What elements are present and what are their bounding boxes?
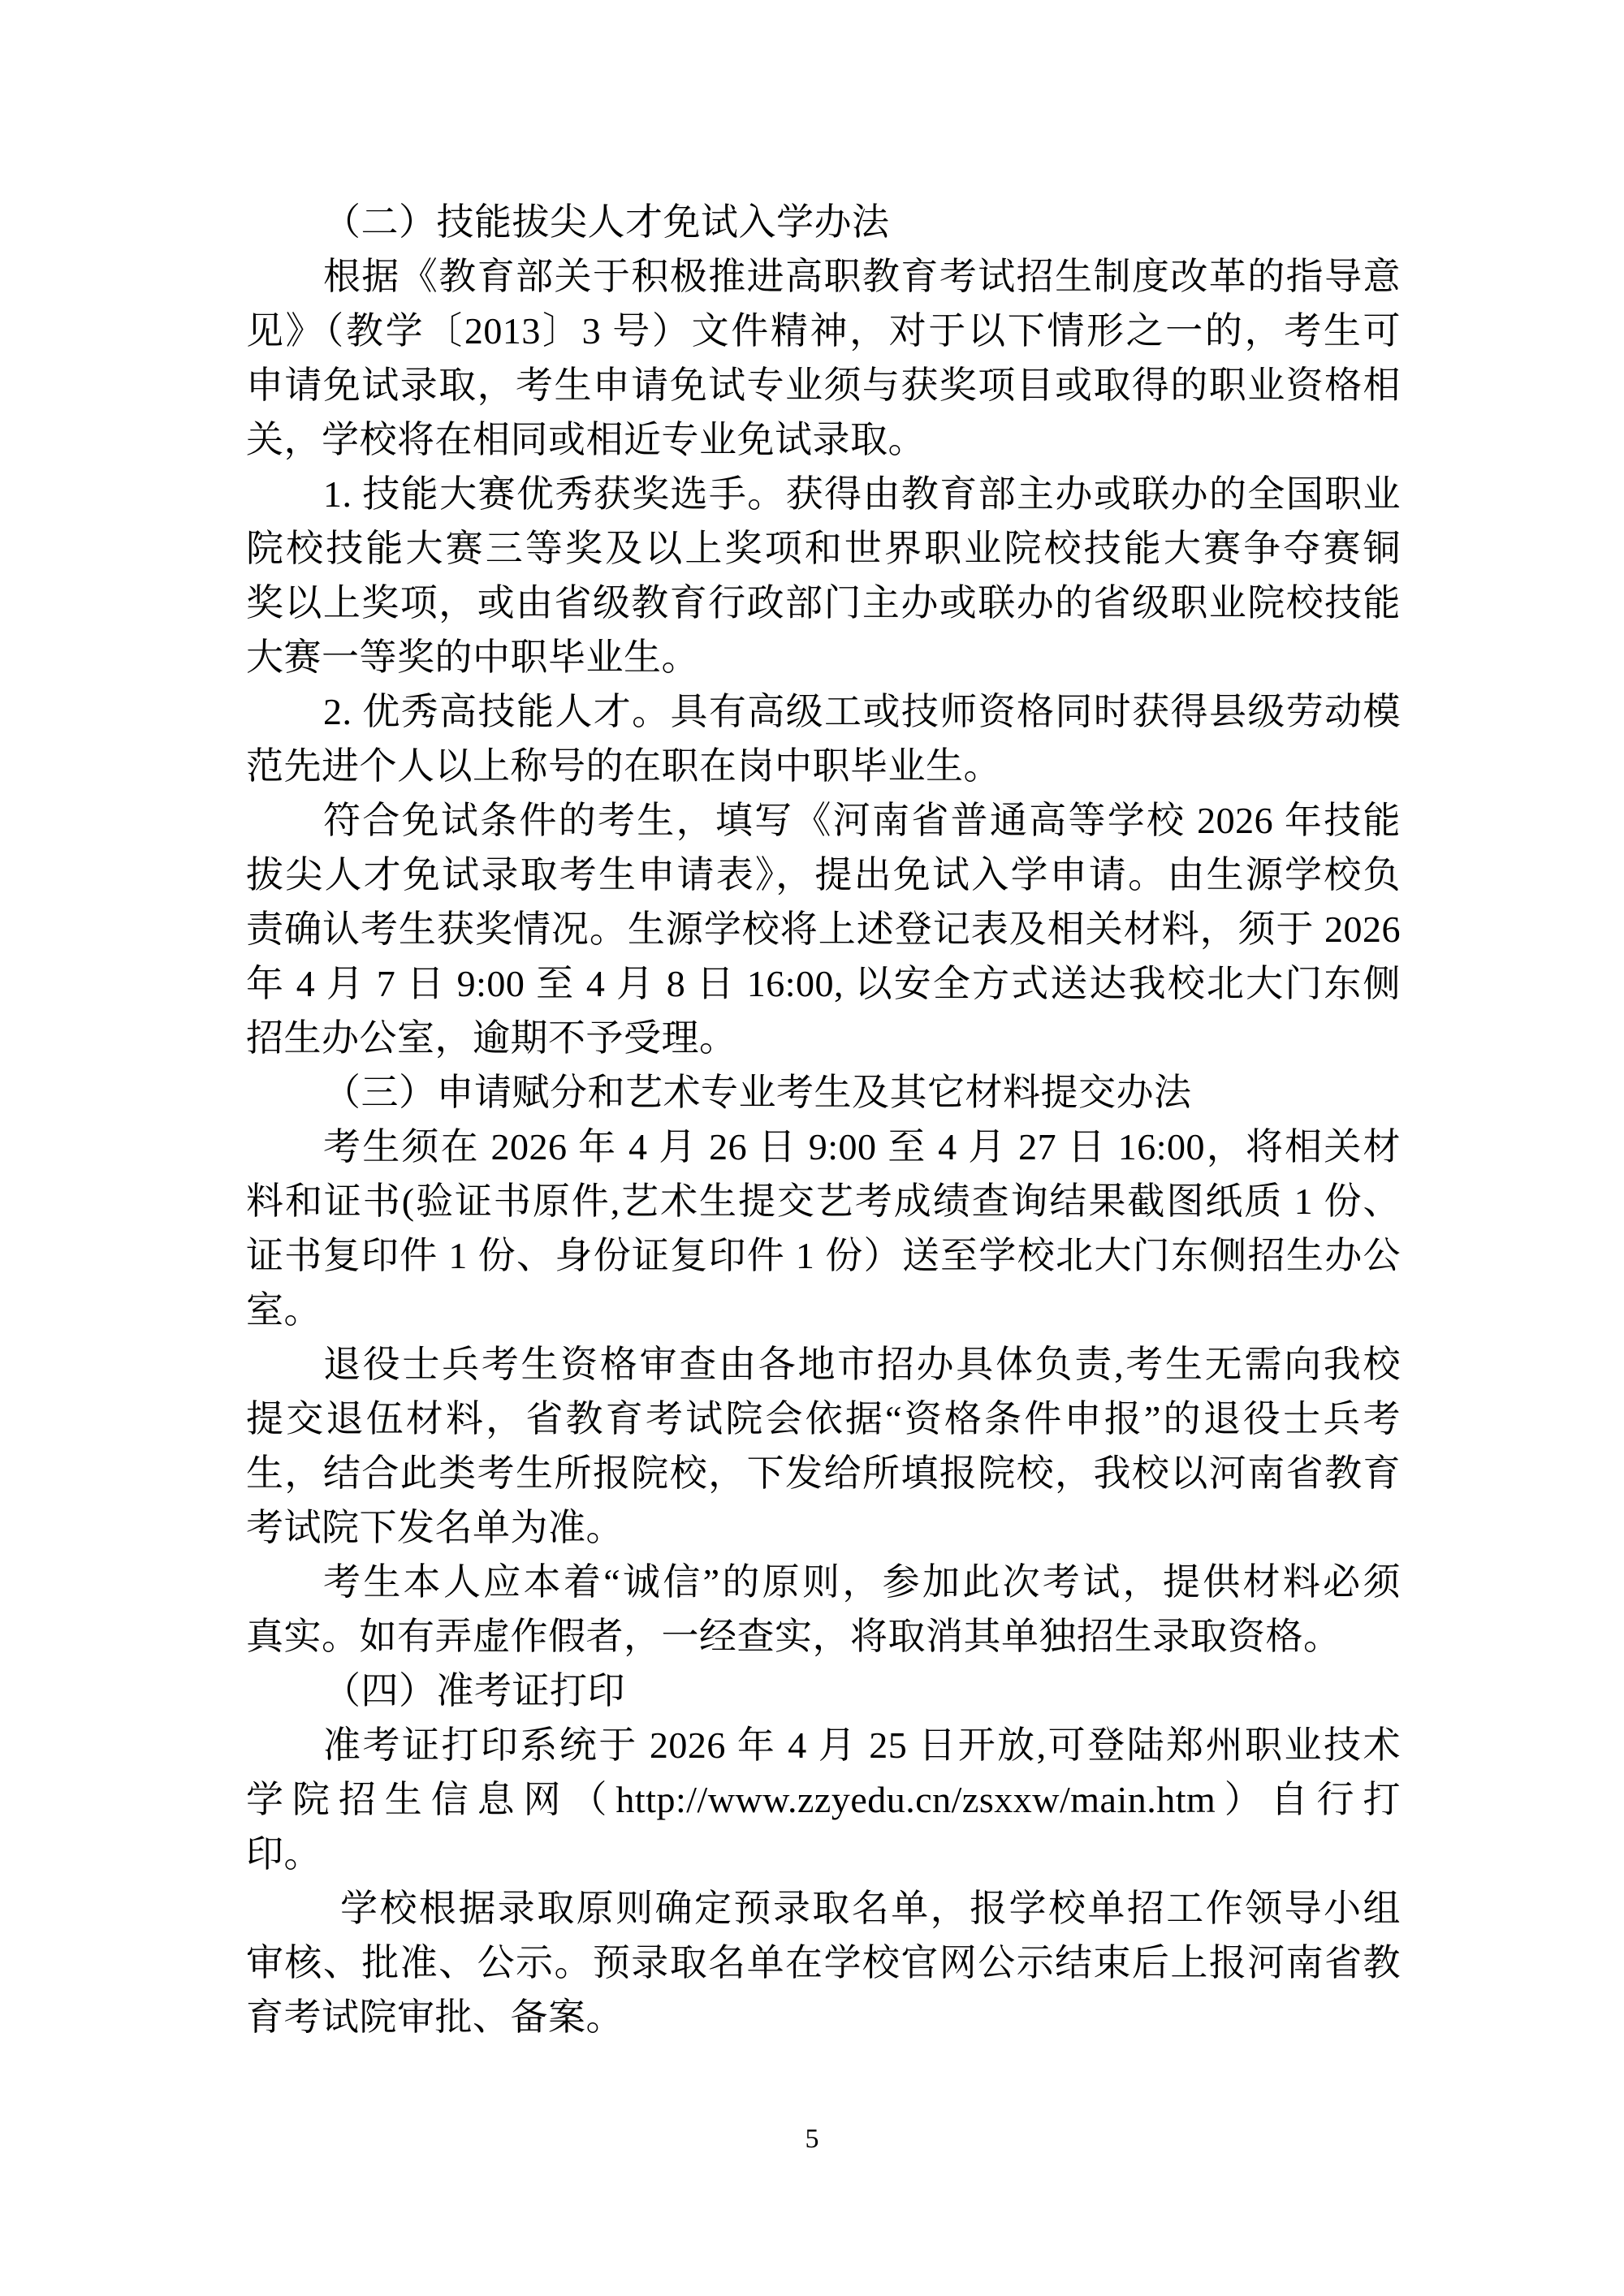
text-line: 室。 [246,1283,1401,1337]
section-heading: （三）申请赋分和艺术专业考生及其它材料提交办法 [246,1065,1401,1120]
paragraph: 考生本人应本着“诚信”的原则，参加此次考试，提供材料必须真实。如有弄虚作假者，一… [246,1555,1401,1664]
text-line: 提交退伍材料，省教育考试院会依据“资格条件申报”的退役士兵考 [246,1392,1401,1446]
paragraph: 根据《教育部关于积极推进高职教育考试招生制度改革的指导意见》（教学〔2013〕3… [246,249,1401,467]
text-line: 拔尖人才免试录取考生申请表》，提出免试入学申请。由生源学校负 [246,848,1401,902]
document-body: （二）技能拔尖人才免试入学办法根据《教育部关于积极推进高职教育考试招生制度改革的… [246,195,1401,2044]
text-line: （三）申请赋分和艺术专业考生及其它材料提交办法 [246,1065,1401,1120]
text-line: 奖以上奖项，或由省级教育行政部门主办或联办的省级职业院校技能 [246,576,1401,630]
paragraph: 1. 技能大赛优秀获奖选手。获得由教育部主办或联办的全国职业院校技能大赛三等奖及… [246,467,1401,684]
text-line: 见》（教学〔2013〕3 号）文件精神，对于以下情形之一的，考生可 [246,304,1401,358]
text-line: 范先进个人以上称号的在职在岗中职毕业生。 [246,739,1401,793]
text-line: 生，结合此类考生所报院校，下发给所填报院校，我校以河南省教育 [246,1446,1401,1500]
section-heading: （四）准考证打印 [246,1664,1401,1718]
paragraph: 2. 优秀高技能人才。具有高级工或技师资格同时获得县级劳动模范先进个人以上称号的… [246,684,1401,793]
text-line: 申请免试录取，考生申请免试专业须与获奖项目或取得的职业资格相 [246,358,1401,412]
text-line: 审核、批准、公示。预录取名单在学校官网公示结束后上报河南省教 [246,1936,1401,1990]
text-line: 料和证书(验证书原件,艺术生提交艺考成绩查询结果截图纸质 1 份、 [246,1174,1401,1228]
text-line: 2. 优秀高技能人才。具有高级工或技师资格同时获得县级劳动模 [246,684,1401,739]
text-line: 院校技能大赛三等奖及以上奖项和世界职业院校技能大赛争夺赛铜 [246,521,1401,576]
paragraph: 学校根据录取原则确定预录取名单，报学校单招工作领导小组审核、批准、公示。预录取名… [246,1881,1401,2044]
text-line: 真实。如有弄虚作假者，一经查实，将取消其单独招生录取资格。 [246,1609,1401,1664]
text-line: 根据《教育部关于积极推进高职教育考试招生制度改革的指导意 [246,249,1401,304]
page-number: 5 [0,2121,1624,2158]
text-line: 考试院下发名单为准。 [246,1500,1401,1555]
text-line: 印。 [246,1827,1401,1881]
text-line: 考生须在 2026 年 4 月 26 日 9:00 至 4 月 27 日 16:… [246,1120,1401,1174]
text-line: 退役士兵考生资格审查由各地市招办具体负责,考生无需向我校 [246,1337,1401,1392]
paragraph: 准考证打印系统于 2026 年 4 月 25 日开放,可登陆郑州职业技术学院招生… [246,1718,1401,1881]
text-line: 大赛一等奖的中职毕业生。 [246,630,1401,684]
text-line: 招生办公室，逾期不予受理。 [246,1011,1401,1065]
paragraph: 考生须在 2026 年 4 月 26 日 9:00 至 4 月 27 日 16:… [246,1120,1401,1337]
text-line: 考生本人应本着“诚信”的原则，参加此次考试，提供材料必须 [246,1555,1401,1609]
text-line: 准考证打印系统于 2026 年 4 月 25 日开放,可登陆郑州职业技术 [246,1718,1401,1772]
text-line: 证书复印件 1 份、身份证复印件 1 份）送至学校北大门东侧招生办公 [246,1228,1401,1283]
text-line: 学校根据录取原则确定预录取名单，报学校单招工作领导小组 [246,1881,1401,1936]
section-heading: （二）技能拔尖人才免试入学办法 [246,195,1401,249]
text-line: （二）技能拔尖人才免试入学办法 [246,195,1401,249]
paragraph: 符合免试条件的考生，填写《河南省普通高等学校 2026 年技能拔尖人才免试录取考… [246,793,1401,1065]
document-page: （二）技能拔尖人才免试入学办法根据《教育部关于积极推进高职教育考试招生制度改革的… [0,0,1624,2296]
text-line: 学院招生信息网（http://www.zzyedu.cn/zsxxw/main.… [246,1772,1401,1827]
text-line: 责确认考生获奖情况。生源学校将上述登记表及相关材料，须于 2026 [246,902,1401,956]
paragraph: 退役士兵考生资格审查由各地市招办具体负责,考生无需向我校提交退伍材料，省教育考试… [246,1337,1401,1555]
text-line: （四）准考证打印 [246,1664,1401,1718]
text-line: 年 4 月 7 日 9:00 至 4 月 8 日 16:00, 以安全方式送达我… [246,956,1401,1011]
text-line: 关，学校将在相同或相近专业免试录取。 [246,412,1401,467]
text-line: 1. 技能大赛优秀获奖选手。获得由教育部主办或联办的全国职业 [246,467,1401,521]
text-line: 育考试院审批、备案。 [246,1990,1401,2044]
text-line: 符合免试条件的考生，填写《河南省普通高等学校 2026 年技能 [246,793,1401,848]
